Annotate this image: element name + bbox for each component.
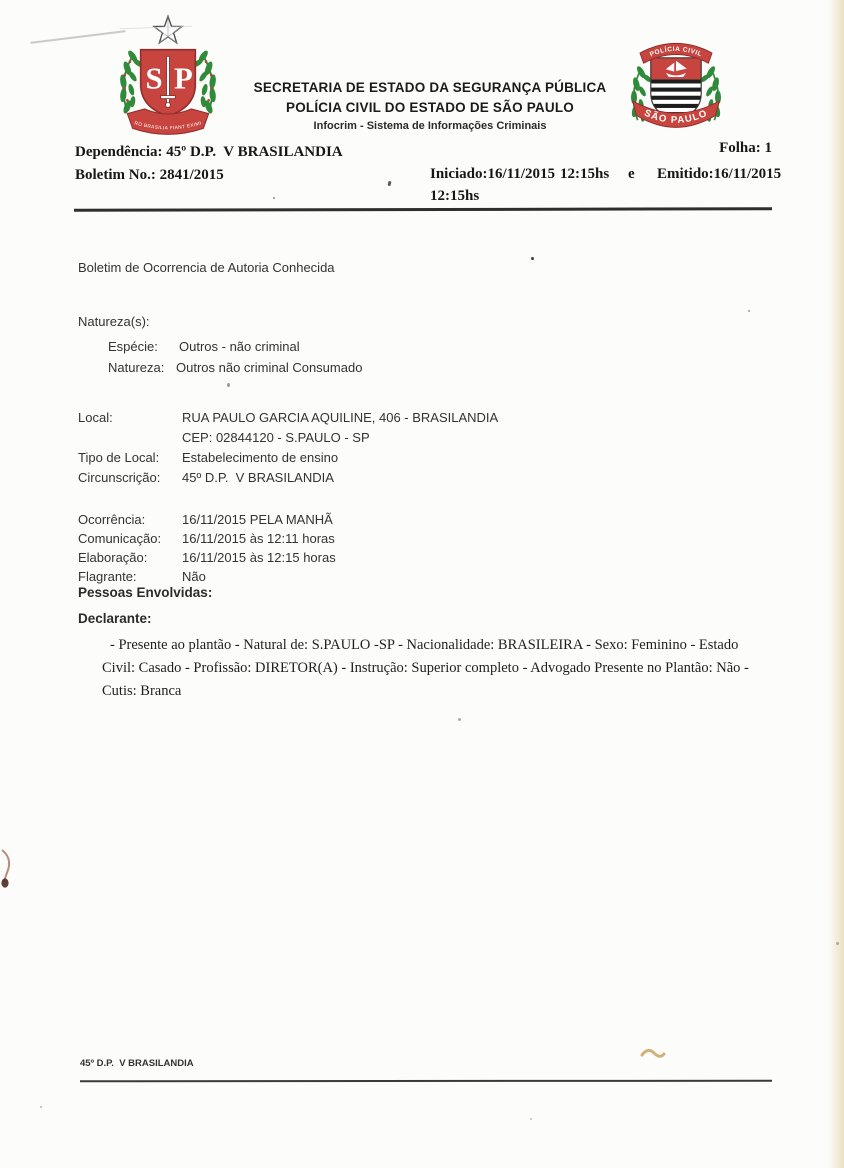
monogram-letter-s: S	[145, 61, 162, 95]
scanned-police-report-page: S P PRO BRASILIA FIANT EXIMIA SECRETARIA…	[0, 0, 844, 1168]
conjunction-e: e	[628, 166, 635, 183]
scan-speck	[836, 942, 839, 945]
elaboracao-label: Elaboração:	[78, 550, 147, 565]
scan-edge-tint	[828, 0, 844, 1168]
dependencia-value: 45º D.P. V BRASILANDIA	[166, 144, 342, 160]
scan-speck	[227, 383, 230, 387]
scan-speck	[458, 718, 461, 721]
folha-label: Folha:	[719, 140, 761, 156]
pen-mark	[0, 846, 18, 890]
ocorrencia-value: 16/11/2015 PELA MANHÃ	[182, 512, 333, 527]
iniciado-date: 16/11/2015	[488, 166, 556, 182]
tipo-local-label: Tipo de Local:	[78, 450, 159, 465]
scan-speck	[748, 310, 750, 312]
org-line-2: POLÍCIA CIVIL DO ESTADO DE SÃO PAULO	[220, 98, 640, 118]
flagrante-label: Flagrante:	[78, 569, 137, 584]
natureza-section-header: Natureza(s):	[78, 314, 150, 329]
org-line-1: SECRETARIA DE ESTADO DA SEGURANÇA PÚBLIC…	[220, 78, 640, 98]
emitido-time-wrapped: 12:15hs	[430, 188, 479, 205]
especie-value: Outros - não criminal	[179, 339, 300, 354]
footer-precinct-text: 45º D.P. V BRASILANDIA	[80, 1058, 194, 1069]
pessoas-envolvidas-header: Pessoas Envolvidas:	[78, 585, 212, 600]
footer-divider-rule	[80, 1080, 772, 1083]
emitido-label: Emitido:	[657, 166, 714, 182]
tipo-local-value: Estabelecimento de ensino	[182, 450, 338, 465]
iniciado-time: 12:15hs	[560, 166, 609, 183]
ink-squiggle	[640, 1046, 666, 1060]
local-label: Local:	[78, 410, 113, 425]
iniciado-line: Iniciado:16/11/2015	[430, 166, 555, 183]
circunscricao-value: 45º D.P. V BRASILANDIA	[182, 470, 334, 485]
iniciado-label: Iniciado:	[430, 166, 488, 182]
natureza-label: Natureza:	[108, 360, 164, 375]
boletim-label: Boletim No.:	[75, 167, 156, 183]
star-icon	[154, 16, 182, 43]
local-address-line2: CEP: 02844120 - S.PAULO - SP	[182, 430, 370, 445]
folha-value: 1	[765, 140, 773, 156]
monogram-letter-p: P	[174, 61, 193, 95]
circunscricao-label: Circunscrição:	[78, 470, 160, 485]
folha-line: Folha: 1	[719, 140, 772, 157]
emitido-date: 16/11/2015	[714, 166, 782, 182]
org-line-3: Infocrim - Sistema de Informações Crimin…	[220, 118, 640, 135]
document-title: Boletim de Ocorrencia de Autoria Conheci…	[78, 260, 335, 275]
flagrante-value: Não	[182, 569, 206, 584]
scan-speck	[530, 1118, 532, 1120]
local-address-line1: RUA PAULO GARCIA AQUILINE, 406 - BRASILA…	[182, 410, 498, 425]
dependencia-line: Dependência: 45º D.P. V BRASILANDIA	[75, 144, 343, 161]
elaboracao-value: 16/11/2015 às 12:15 horas	[182, 550, 336, 565]
especie-label: Espécie:	[108, 339, 158, 354]
header-org-block: SECRETARIA DE ESTADO DA SEGURANÇA PÚBLIC…	[220, 78, 640, 135]
policia-civil-badge-icon: POLÍCIA CIVIL SÃO PAULO	[616, 28, 736, 150]
boletim-value: 2841/2015	[160, 167, 224, 183]
scan-speck	[531, 257, 534, 260]
declarante-header: Declarante:	[78, 611, 152, 626]
ocorrencia-label: Ocorrência:	[78, 512, 145, 527]
header-divider-rule	[74, 207, 772, 211]
scan-speck	[273, 197, 275, 199]
scan-speck	[387, 181, 391, 187]
boletim-line: Boletim No.: 2841/2015	[75, 167, 224, 184]
scan-speck	[40, 1106, 42, 1108]
sp-shield: S P	[141, 50, 196, 117]
emitido-line: Emitido:16/11/2015	[657, 166, 781, 183]
comunicacao-label: Comunicação:	[78, 531, 161, 546]
natureza-value: Outros não criminal Consumado	[176, 360, 362, 375]
declarante-details-paragraph: - Presente ao plantão - Natural de: S.PA…	[102, 634, 774, 703]
comunicacao-value: 16/11/2015 às 12:11 horas	[182, 531, 335, 546]
dependencia-label: Dependência:	[75, 144, 163, 160]
